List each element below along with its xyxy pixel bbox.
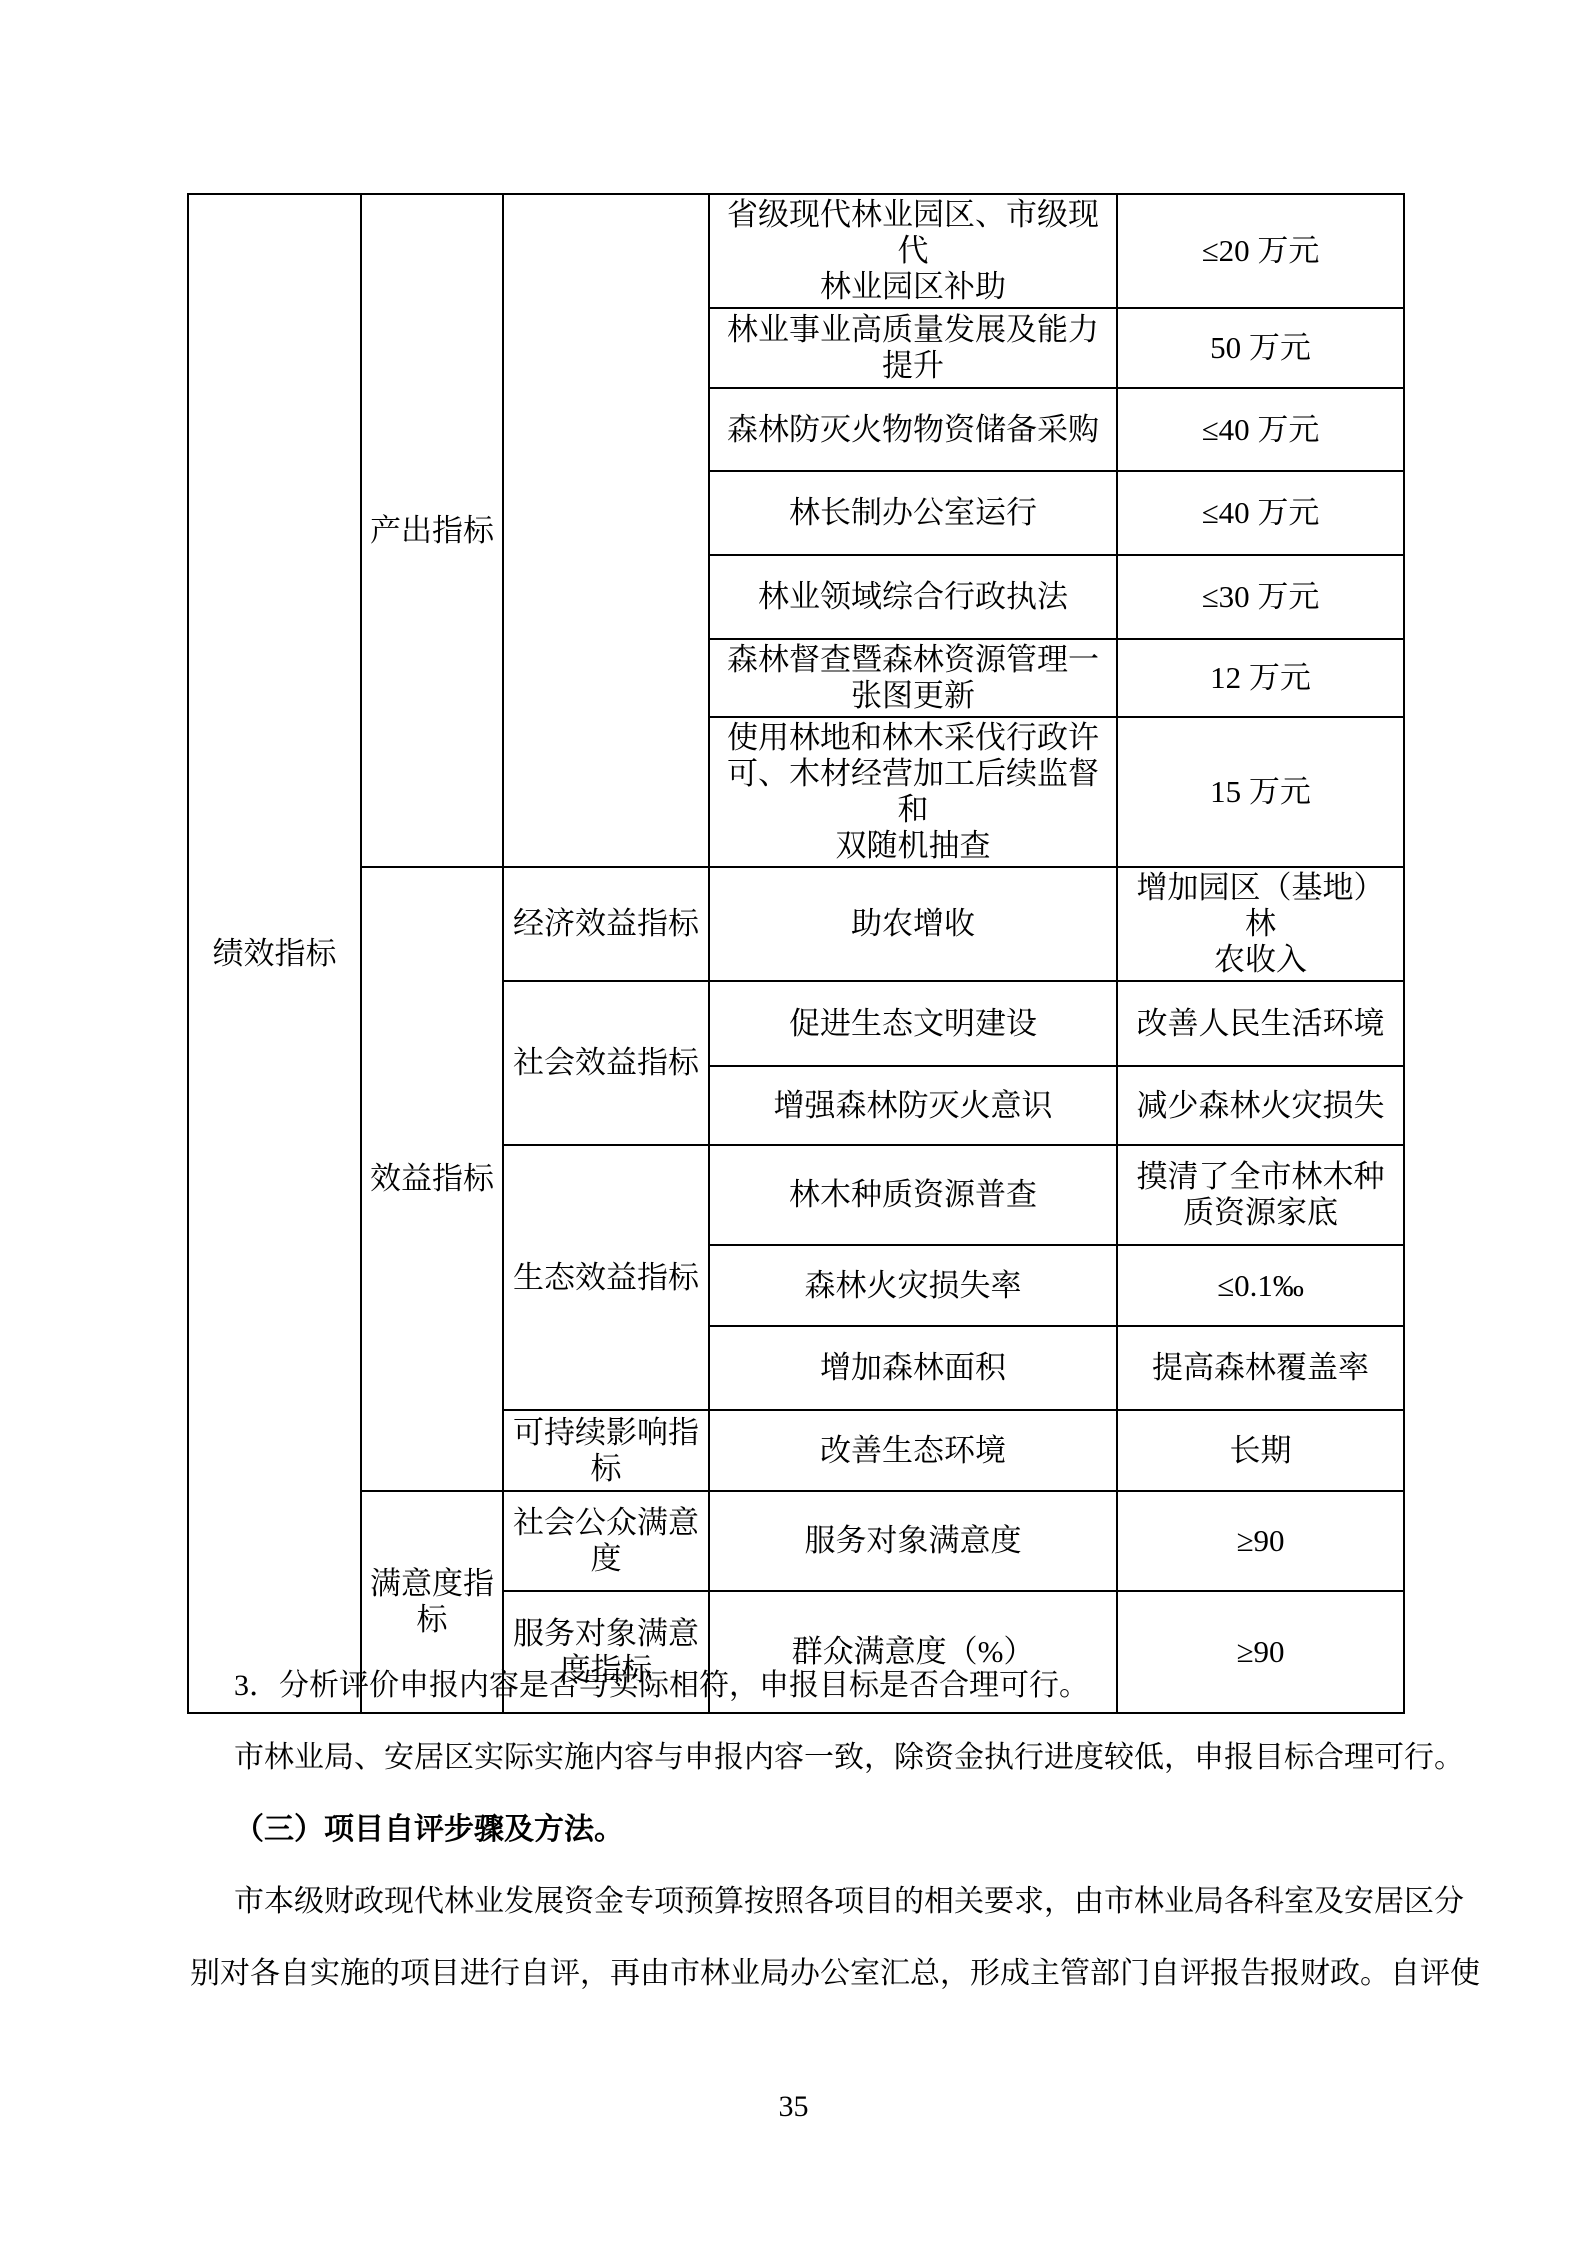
cell-indicator-name: 省级现代林业园区、市级现代 林业园区补助: [709, 194, 1117, 308]
paragraph-analysis-item3: 3．分析评价申报内容是否与实际相符，申报目标是否合理可行。: [190, 1666, 1460, 1706]
cell-performance-indicator: 绩效指标: [188, 194, 361, 1713]
cell-indicator-value: ≤0.1‰: [1117, 1245, 1404, 1326]
table-row: 绩效指标 产出指标 省级现代林业园区、市级现代 林业园区补助 ≤20 万元: [188, 194, 1404, 308]
cell-indicator-name: 使用林地和林木采伐行政许 可、木材经营加工后续监督和 双随机抽查: [709, 717, 1117, 867]
cell-indicator-name: 林业事业高质量发展及能力 提升: [709, 308, 1117, 388]
cell-indicator-value: ≤20 万元: [1117, 194, 1404, 308]
cell-indicator-name: 森林防灭火物物资储备采购: [709, 388, 1117, 471]
cell-indicator-name: 改善生态环境: [709, 1410, 1117, 1491]
cell-indicator-name: 林木种质资源普查: [709, 1145, 1117, 1245]
cell-ecological-benefit-label: 生态效益指标: [503, 1145, 709, 1410]
cell-benefit-indicator-label: 效益指标: [361, 867, 503, 1491]
cell-indicator-name: 林长制办公室运行: [709, 471, 1117, 555]
cell-indicator-value: ≥90: [1117, 1491, 1404, 1591]
page-number: 35: [0, 2090, 1587, 2124]
cell-indicator-value: 15 万元: [1117, 717, 1404, 867]
cell-indicator-name: 服务对象满意度: [709, 1491, 1117, 1591]
table-row: 满意度指 标 社会公众满意 度 服务对象满意度 ≥90: [188, 1491, 1404, 1591]
cell-indicator-name: 森林火灾损失率: [709, 1245, 1117, 1326]
cell-output-indicator-label: 产出指标: [361, 194, 503, 867]
paragraph-method-line1: 市本级财政现代林业发展资金专项预算按照各项目的相关要求，由市林业局各科室及安居区…: [190, 1882, 1460, 1922]
cell-indicator-value: 提高森林覆盖率: [1117, 1326, 1404, 1410]
cell-indicator-name: 助农增收: [709, 867, 1117, 981]
cell-social-benefit-label: 社会效益指标: [503, 981, 709, 1145]
cell-indicator-value: 50 万元: [1117, 308, 1404, 388]
performance-indicator-table: 绩效指标 产出指标 省级现代林业园区、市级现代 林业园区补助 ≤20 万元 林业…: [187, 193, 1405, 1714]
paragraph-analysis-result: 市林业局、安居区实际实施内容与申报内容一致，除资金执行进度较低，申报目标合理可行…: [190, 1738, 1460, 1778]
cell-public-satisfaction-label: 社会公众满意 度: [503, 1491, 709, 1591]
cell-empty-subcategory: [503, 194, 709, 867]
heading-self-evaluation-method: （三）项目自评步骤及方法。: [190, 1810, 1460, 1850]
cell-indicator-value: ≤40 万元: [1117, 471, 1404, 555]
cell-indicator-name: 促进生态文明建设: [709, 981, 1117, 1066]
cell-indicator-value: 改善人民生活环境: [1117, 981, 1404, 1066]
cell-indicator-value: 长期: [1117, 1410, 1404, 1491]
cell-indicator-name: 林业领域综合行政执法: [709, 555, 1117, 639]
table-row: 效益指标 经济效益指标 助农增收 增加园区（基地）林 农收入: [188, 867, 1404, 981]
cell-indicator-value: 增加园区（基地）林 农收入: [1117, 867, 1404, 981]
cell-indicator-value: 摸清了全市林木种 质资源家底: [1117, 1145, 1404, 1245]
cell-indicator-name: 增加森林面积: [709, 1326, 1117, 1410]
cell-sustainable-impact-label: 可持续影响指 标: [503, 1410, 709, 1491]
cell-indicator-name: 森林督查暨森林资源管理一 张图更新: [709, 639, 1117, 717]
cell-indicator-value: ≤30 万元: [1117, 555, 1404, 639]
cell-economic-benefit-label: 经济效益指标: [503, 867, 709, 981]
cell-indicator-value: 12 万元: [1117, 639, 1404, 717]
cell-indicator-value: ≤40 万元: [1117, 388, 1404, 471]
cell-indicator-name: 增强森林防灭火意识: [709, 1066, 1117, 1145]
cell-indicator-value: 减少森林火灾损失: [1117, 1066, 1404, 1145]
document-page: 绩效指标 产出指标 省级现代林业园区、市级现代 林业园区补助 ≤20 万元 林业…: [0, 0, 1587, 2245]
paragraph-method-line2: 别对各自实施的项目进行自评，再由市林业局办公室汇总，形成主管部门自评报告报财政。…: [190, 1954, 1416, 1994]
